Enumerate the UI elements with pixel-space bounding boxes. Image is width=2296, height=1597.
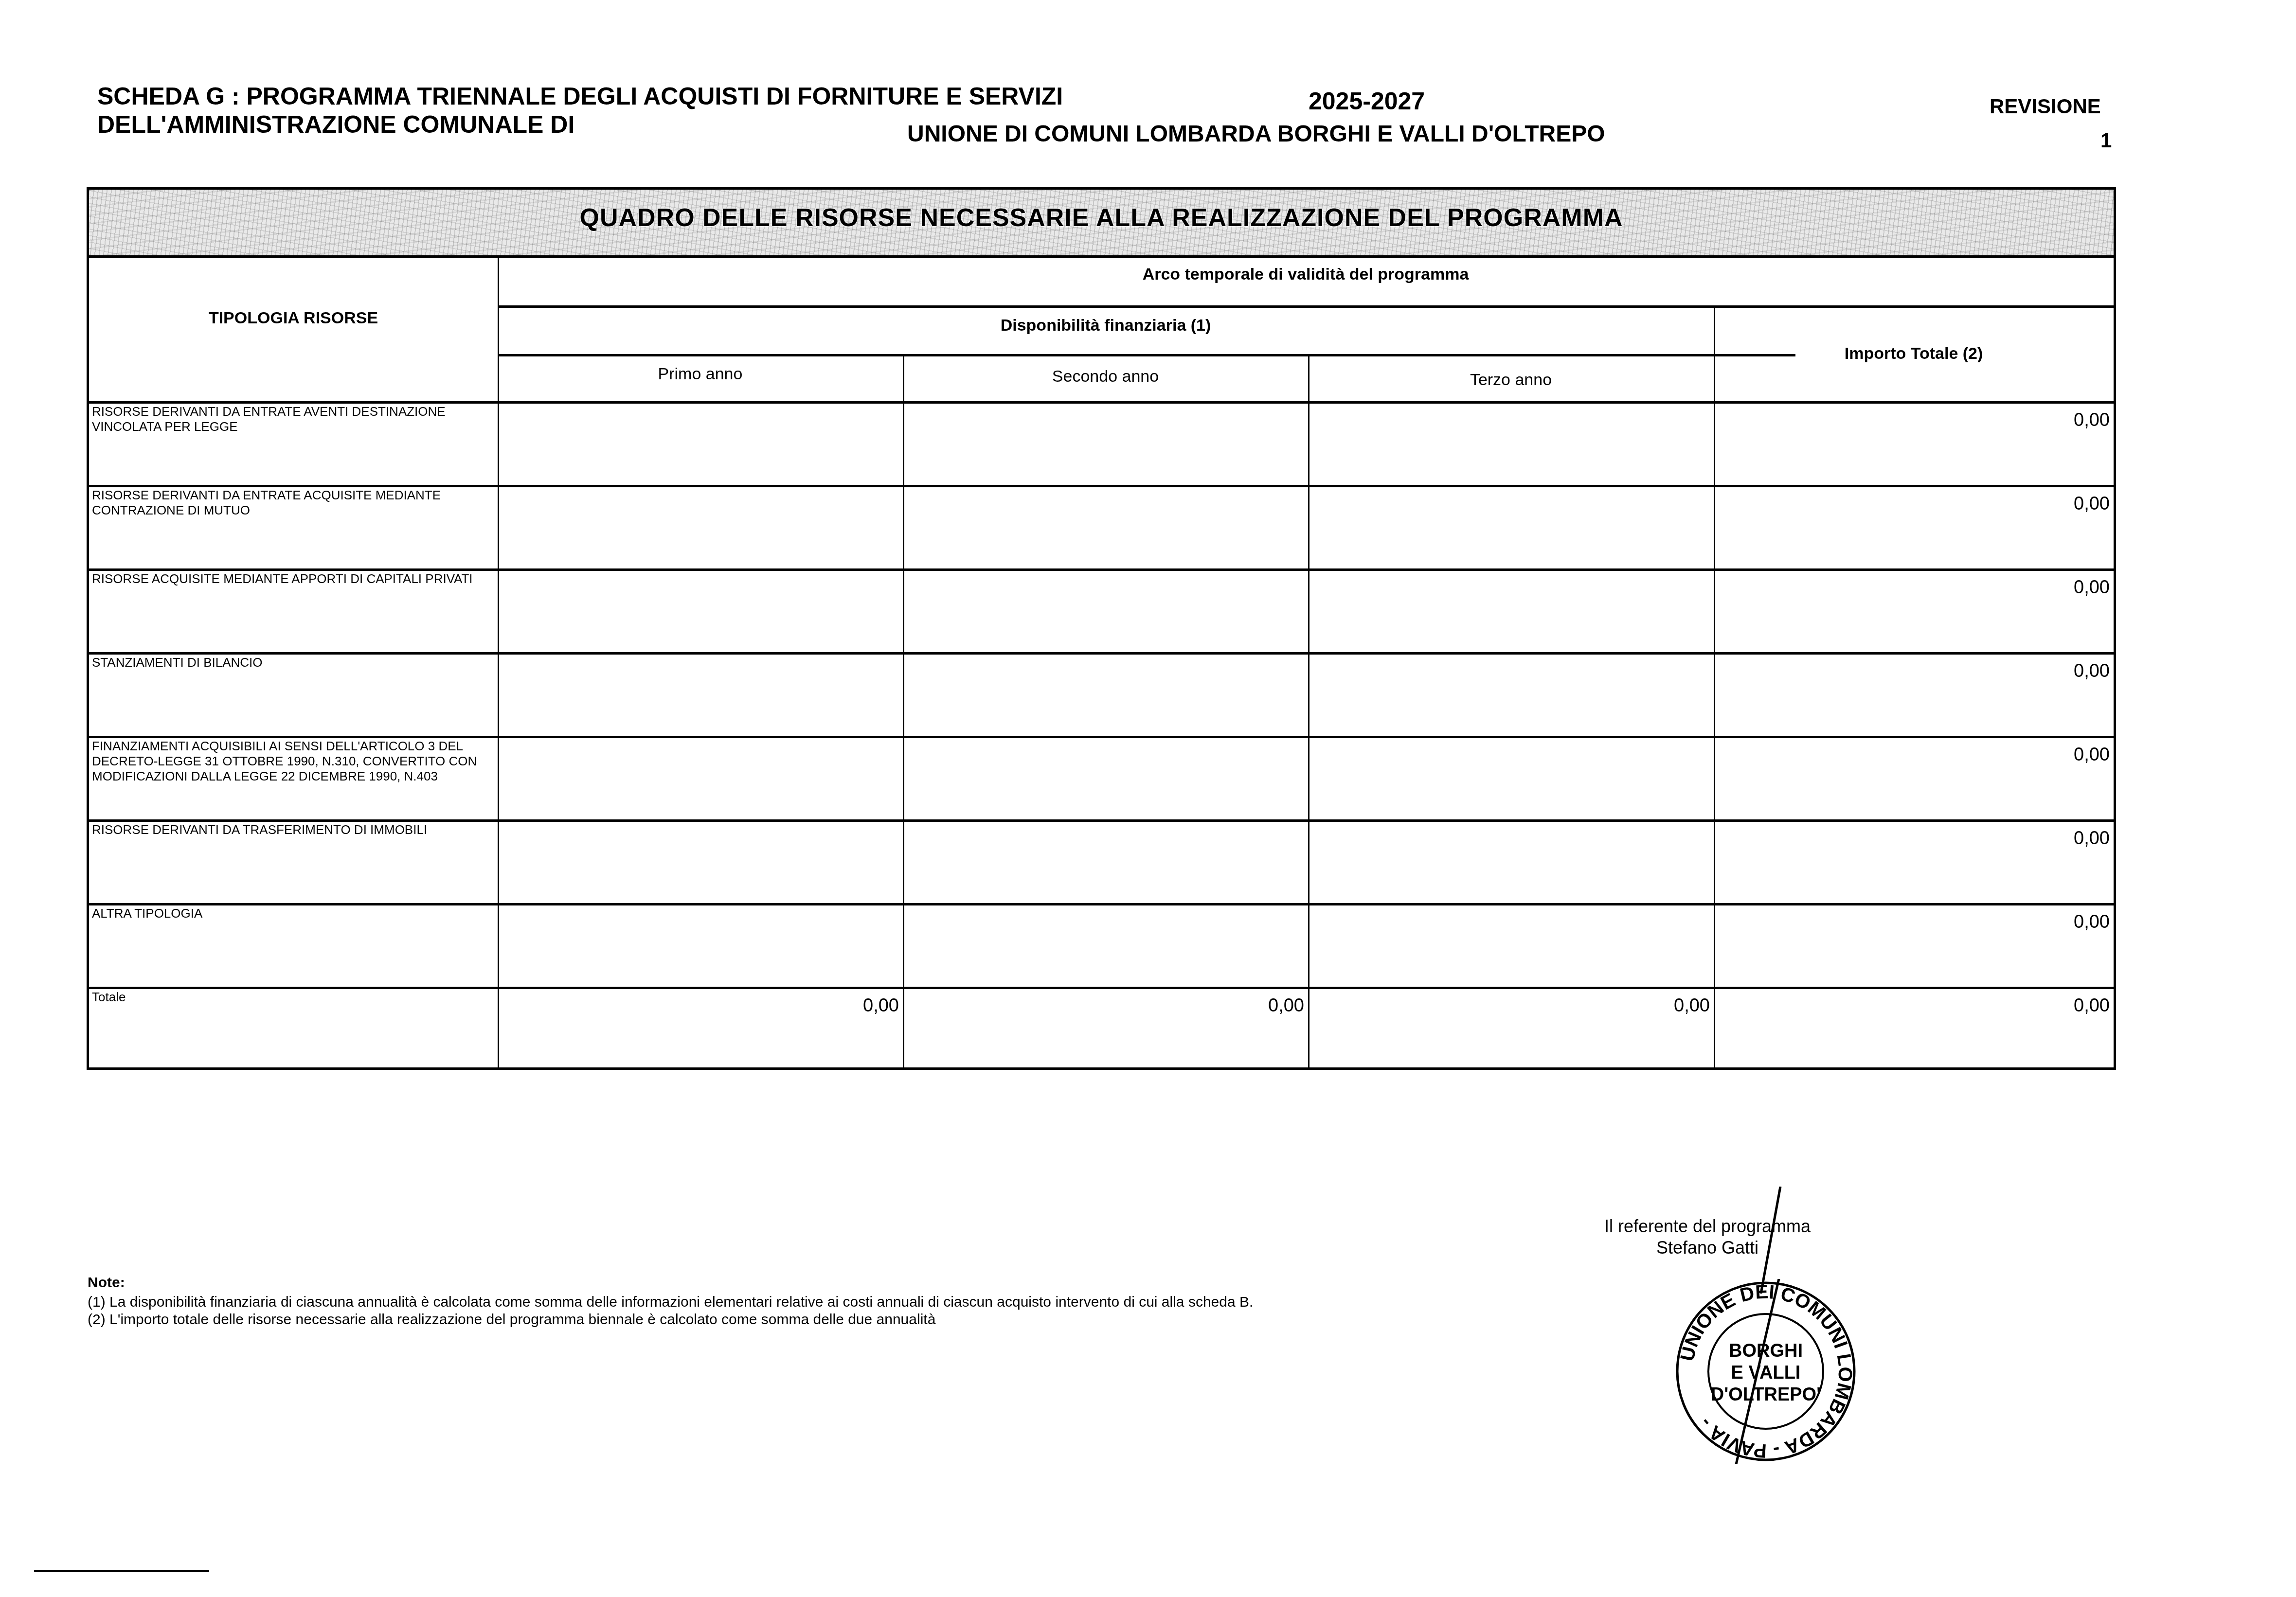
- header-arco-temporale: Arco temporale di validità del programma: [498, 265, 2114, 284]
- cell-totale: 0,00: [1714, 736, 2114, 765]
- cell-primo: [498, 652, 903, 661]
- row-label: ALTRA TIPOLOGIA: [89, 904, 493, 923]
- stamp-inner-1: BORGHI: [1729, 1341, 1803, 1361]
- cell-primo: [498, 401, 903, 410]
- document-title-line1: SCHEDA G : PROGRAMMA TRIENNALE DEGLI ACQ…: [97, 82, 1063, 111]
- scan-artifact-line: [34, 1570, 209, 1572]
- divider: [903, 355, 904, 1070]
- row-label: Totale: [89, 988, 493, 1007]
- cell-primo: 0,00: [498, 987, 903, 1016]
- row-label: RISORSE ACQUISITE MEDIANTE APPORTI DI CA…: [89, 569, 493, 588]
- revision-number: 1: [2100, 129, 2112, 152]
- header-disponibilita: Disponibilità finanziaria (1): [498, 316, 1714, 335]
- note-1: (1) La disponibilità finanziaria di cias…: [88, 1294, 1596, 1311]
- cell-secondo: [903, 736, 1308, 745]
- cell-secondo: [903, 819, 1308, 828]
- cell-terzo: [1308, 401, 1714, 410]
- signature-icon: [1732, 1187, 1790, 1294]
- cell-primo: [498, 819, 903, 828]
- cell-totale: 0,00: [1714, 903, 2114, 933]
- table-title: QUADRO DELLE RISORSE NECESSARIE ALLA REA…: [89, 203, 2114, 232]
- administration-name: UNIONE DI COMUNI LOMBARDA BORGHI E VALLI…: [907, 120, 1605, 149]
- cell-totale: 0,00: [1714, 485, 2114, 515]
- notes-heading: Note:: [88, 1274, 125, 1292]
- cell-terzo: [1308, 652, 1714, 661]
- document-title-line2: DELL'AMMINISTRAZIONE COMUNALE DI: [97, 110, 574, 139]
- cell-secondo: [903, 903, 1308, 912]
- cell-primo: [498, 568, 903, 577]
- cell-primo: [498, 903, 903, 912]
- cell-secondo: 0,00: [903, 987, 1308, 1016]
- cell-terzo: [1308, 568, 1714, 577]
- divider: [498, 354, 1795, 356]
- stamp-inner-3: D'OLTREPO': [1711, 1384, 1821, 1405]
- cell-totale: 0,00: [1714, 401, 2114, 431]
- cell-secondo: [903, 401, 1308, 410]
- header-terzo-anno: Terzo anno: [1308, 371, 1714, 390]
- cell-primo: [498, 485, 903, 494]
- header-secondo-anno: Secondo anno: [903, 367, 1308, 386]
- cell-primo: [498, 736, 903, 745]
- table-title-band: QUADRO DELLE RISORSE NECESSARIE ALLA REA…: [89, 190, 2114, 258]
- row-label: STANZIAMENTI DI BILANCIO: [89, 653, 493, 672]
- official-stamp-icon: UNIONE DEI COMUNI LOMBARDA - PAVIA - BOR…: [1673, 1279, 1858, 1464]
- note-2: (2) L'importo totale delle risorse neces…: [88, 1311, 1596, 1329]
- cell-terzo: [1308, 485, 1714, 494]
- cell-terzo: [1308, 736, 1714, 745]
- row-label: FINANZIAMENTI ACQUISIBILI AI SENSI DELL'…: [89, 737, 493, 786]
- cell-totale: 0,00: [1714, 819, 2114, 849]
- divider: [1308, 355, 1309, 1070]
- divider: [498, 305, 2114, 308]
- cell-secondo: [903, 568, 1308, 577]
- program-period: 2025-2027: [1309, 87, 1425, 116]
- row-label: RISORSE DERIVANTI DA ENTRATE ACQUISITE M…: [89, 486, 493, 520]
- header-importo-totale: Importo Totale (2): [1714, 344, 2114, 363]
- resources-table: QUADRO DELLE RISORSE NECESSARIE ALLA REA…: [87, 187, 2116, 1070]
- cell-totale: 0,00: [1714, 987, 2114, 1016]
- cell-terzo: [1308, 819, 1714, 828]
- row-label: RISORSE DERIVANTI DA ENTRATE AVENTI DEST…: [89, 402, 493, 436]
- cell-secondo: [903, 652, 1308, 661]
- cell-totale: 0,00: [1714, 652, 2114, 682]
- stamp-inner-2: E VALLI: [1731, 1363, 1801, 1383]
- cell-terzo: [1308, 903, 1714, 912]
- cell-secondo: [903, 485, 1308, 494]
- cell-totale: 0,00: [1714, 568, 2114, 598]
- row-label: RISORSE DERIVANTI DA TRASFERIMENTO DI IM…: [89, 820, 493, 839]
- header-primo-anno: Primo anno: [498, 365, 903, 384]
- revision-label: REVISIONE: [1990, 95, 2101, 118]
- header-tipologia: TIPOLOGIA RISORSE: [89, 309, 498, 328]
- cell-terzo: 0,00: [1308, 987, 1714, 1016]
